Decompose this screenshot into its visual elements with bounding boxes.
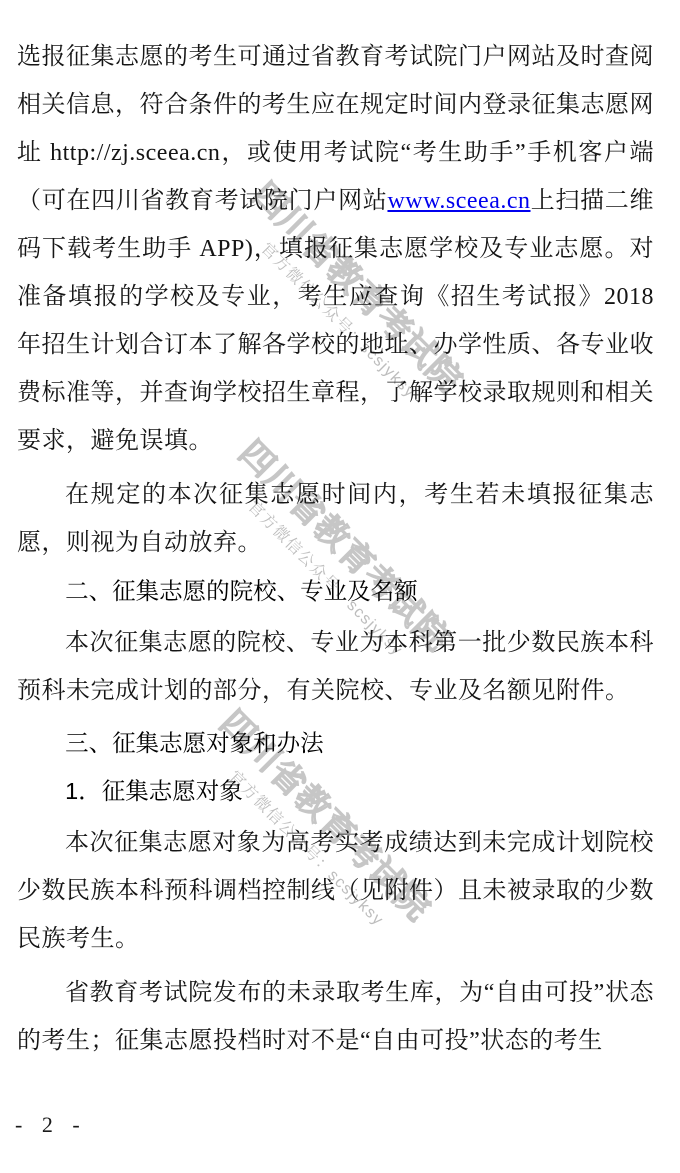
heading-section-2: 二、征集志愿的院校、专业及名额 — [17, 567, 654, 615]
document-body: 选报征集志愿的考生可通过省教育考试院门户网站及时查阅相关信息，符合条件的考生应在… — [17, 33, 654, 1065]
paragraph-deadline-waiver: 在规定的本次征集志愿时间内，考生若未填报征集志愿，则视为自动放弃。 — [17, 471, 654, 567]
page-number: - 2 - — [15, 1112, 87, 1138]
sceea-website-link[interactable]: www.sceea.cn — [387, 188, 530, 214]
heading-section-3: 三、征集志愿对象和办法 — [17, 719, 654, 767]
paragraph-text: 上扫描二维码下载考生助手 APP)，填报征集志愿学校及专业志愿。对准备填报的学校… — [17, 188, 654, 454]
paragraph-eligible-candidates: 本次征集志愿对象为高考实考成绩达到未完成计划院校少数民族本科预科调档控制线（见附… — [17, 819, 654, 963]
document-page: 四川省教育考试院 官方微信公众号：scsjyksy 四川省教育考试院 官方微信公… — [0, 0, 680, 1173]
paragraph-free-to-cast-status: 省教育考试院发布的未录取考生库，为“自由可投”状态的考生；征集志愿投档时对不是“… — [17, 969, 654, 1065]
heading-subsection-1: 1．征集志愿对象 — [17, 767, 654, 815]
paragraph-apply-info: 选报征集志愿的考生可通过省教育考试院门户网站及时查阅相关信息，符合条件的考生应在… — [17, 33, 654, 465]
paragraph-schools-quota: 本次征集志愿的院校、专业为本科第一批少数民族本科预科未完成计划的部分，有关院校、… — [17, 619, 654, 715]
